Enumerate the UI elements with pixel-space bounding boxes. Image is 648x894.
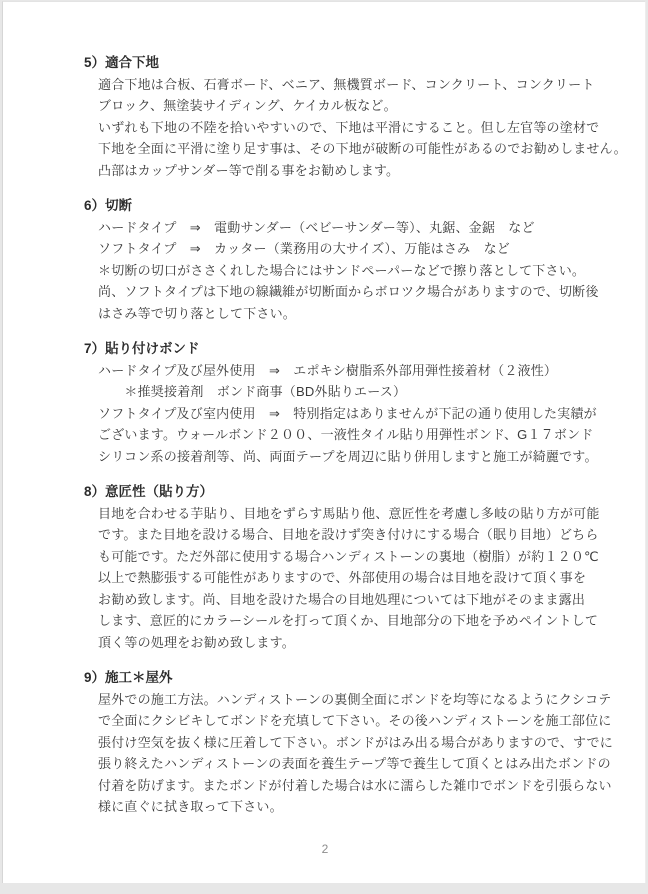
body-line: 以上で熱膨張する可能性がありますので、外部使用の場合は目地を設けて頂く事を — [98, 567, 605, 589]
body-line: ございます。ウォールボンド２００、一液性タイル貼り用弾性ボンド、G１７ボンド — [98, 424, 605, 446]
body-line: も可能です。ただ外部に使用する場合ハンディストーンの裏地（樹脂）が約１２０℃ — [98, 546, 605, 568]
body-line: ハードタイプ及び屋外使用 ⇒ エポキシ樹脂系外部用弾性接着材（２液性） — [98, 360, 605, 382]
section-heading: 5）適合下地 — [84, 52, 605, 74]
body-line: 屋外での施工方法。ハンディストーンの裏側全面にボンドを均等になるようにクシコテ — [98, 689, 605, 711]
body-line: ＊切断の切口がささくれした場合にはサンドペーパーなどで擦り落として下さい。 — [98, 260, 605, 282]
page-number: 2 — [3, 842, 647, 856]
page-sheet: 5）適合下地適合下地は合板、石膏ボード、ベニア、無機質ボード、コンクリート、コン… — [2, 1, 646, 883]
document-section: 7）貼り付けボンドハードタイプ及び屋外使用 ⇒ エポキシ樹脂系外部用弾性接着材（… — [84, 338, 605, 467]
section-body: 目地を合わせる芋貼り、目地をずらす馬貼り他、意匠性を考慮し多岐の貼り方が可能です… — [84, 503, 605, 654]
body-line: ハードタイプ ⇒ 電動サンダー（ベビーサンダー等）、丸鋸、金鋸 など — [98, 217, 605, 239]
body-line: 適合下地は合板、石膏ボード、ベニア、無機質ボード、コンクリート、コンクリート — [98, 74, 605, 96]
section-body: 屋外での施工方法。ハンディストーンの裏側全面にボンドを均等になるようにクシコテで… — [84, 689, 605, 818]
body-line: ブロック、無塗装サイディング、ケイカル板など。 — [98, 95, 605, 117]
section-heading: 8）意匠性（貼り方） — [84, 481, 605, 503]
page-bottom-gap — [0, 884, 648, 894]
body-line: はさみ等で切り落として下さい。 — [98, 303, 605, 325]
body-line: シリコン系の接着剤等、尚、両面テープを周辺に貼り併用しますと施工が綺麗です。 — [98, 446, 605, 468]
body-line: 張り終えたハンディストーンの表面を養生テープ等で養生して頂くとはみ出たボンドの — [98, 753, 605, 775]
body-line: お勧め致します。尚、目地を設けた場合の目地処理については下地がそのまま露出 — [98, 589, 605, 611]
sections-container: 5）適合下地適合下地は合板、石膏ボード、ベニア、無機質ボード、コンクリート、コン… — [84, 52, 605, 832]
section-body: ハードタイプ及び屋外使用 ⇒ エポキシ樹脂系外部用弾性接着材（２液性） ＊推奨接… — [84, 360, 605, 468]
body-line: いずれも下地の不陸を拾いやすいので、下地は平滑にすること。但し左官等の塗材で — [98, 117, 605, 139]
document-section: 5）適合下地適合下地は合板、石膏ボード、ベニア、無機質ボード、コンクリート、コン… — [84, 52, 605, 181]
body-line: です。また目地を設ける場合、目地を設けず突き付けにする場合（眠り目地）どちら — [98, 524, 605, 546]
body-line: 付着を防げます。またボンドが付着した場合は水に濡らした雑巾でボンドを引張らない — [98, 775, 605, 797]
body-line: 張付け空気を抜く様に圧着して下さい。ボンドがはみ出る場合がありますので、すでに — [98, 732, 605, 754]
body-line: 下地を全面に平滑に塗り足す事は、その下地が破断の可能性があるのでお勧めしません。 — [98, 138, 605, 160]
document-section: 8）意匠性（貼り方）目地を合わせる芋貼り、目地をずらす馬貼り他、意匠性を考慮し多… — [84, 481, 605, 653]
body-line: します、意匠的にカラーシールを打って頂くか、目地部分の下地を予めペイントして — [98, 610, 605, 632]
document-viewport: 5）適合下地適合下地は合板、石膏ボード、ベニア、無機質ボード、コンクリート、コン… — [0, 0, 648, 894]
section-body: 適合下地は合板、石膏ボード、ベニア、無機質ボード、コンクリート、コンクリートブロ… — [84, 74, 605, 182]
body-line: ソフトタイプ及び室内使用 ⇒ 特別指定はありませんが下記の通り使用した実績が — [98, 403, 605, 425]
body-line: 様に直ぐに拭き取って下さい。 — [98, 796, 605, 818]
body-line: 頂く等の処理をお勧め致します。 — [98, 632, 605, 654]
document-section: 9）施工＊屋外屋外での施工方法。ハンディストーンの裏側全面にボンドを均等になるよ… — [84, 667, 605, 818]
section-heading: 6）切断 — [84, 195, 605, 217]
body-line: ＊推奨接着剤 ボンド商事（BD外貼りエース） — [98, 381, 605, 403]
body-line: 目地を合わせる芋貼り、目地をずらす馬貼り他、意匠性を考慮し多岐の貼り方が可能 — [98, 503, 605, 525]
body-line: 凸部はカップサンダー等で削る事をお勧めします。 — [98, 160, 605, 182]
body-line: 尚、ソフトタイプは下地の線繊維が切断面からボロツク場合がありますので、切断後 — [98, 281, 605, 303]
body-line: ソフトタイプ ⇒ カッター（業務用の大サイズ）、万能はさみ など — [98, 238, 605, 260]
document-section: 6）切断ハードタイプ ⇒ 電動サンダー（ベビーサンダー等）、丸鋸、金鋸 などソフ… — [84, 195, 605, 324]
section-heading: 7）貼り付けボンド — [84, 338, 605, 360]
section-body: ハードタイプ ⇒ 電動サンダー（ベビーサンダー等）、丸鋸、金鋸 などソフトタイプ… — [84, 217, 605, 325]
section-heading: 9）施工＊屋外 — [84, 667, 605, 689]
body-line: で全面にクシビキしてボンドを充填して下さい。その後ハンディストーンを施工部位に — [98, 710, 605, 732]
